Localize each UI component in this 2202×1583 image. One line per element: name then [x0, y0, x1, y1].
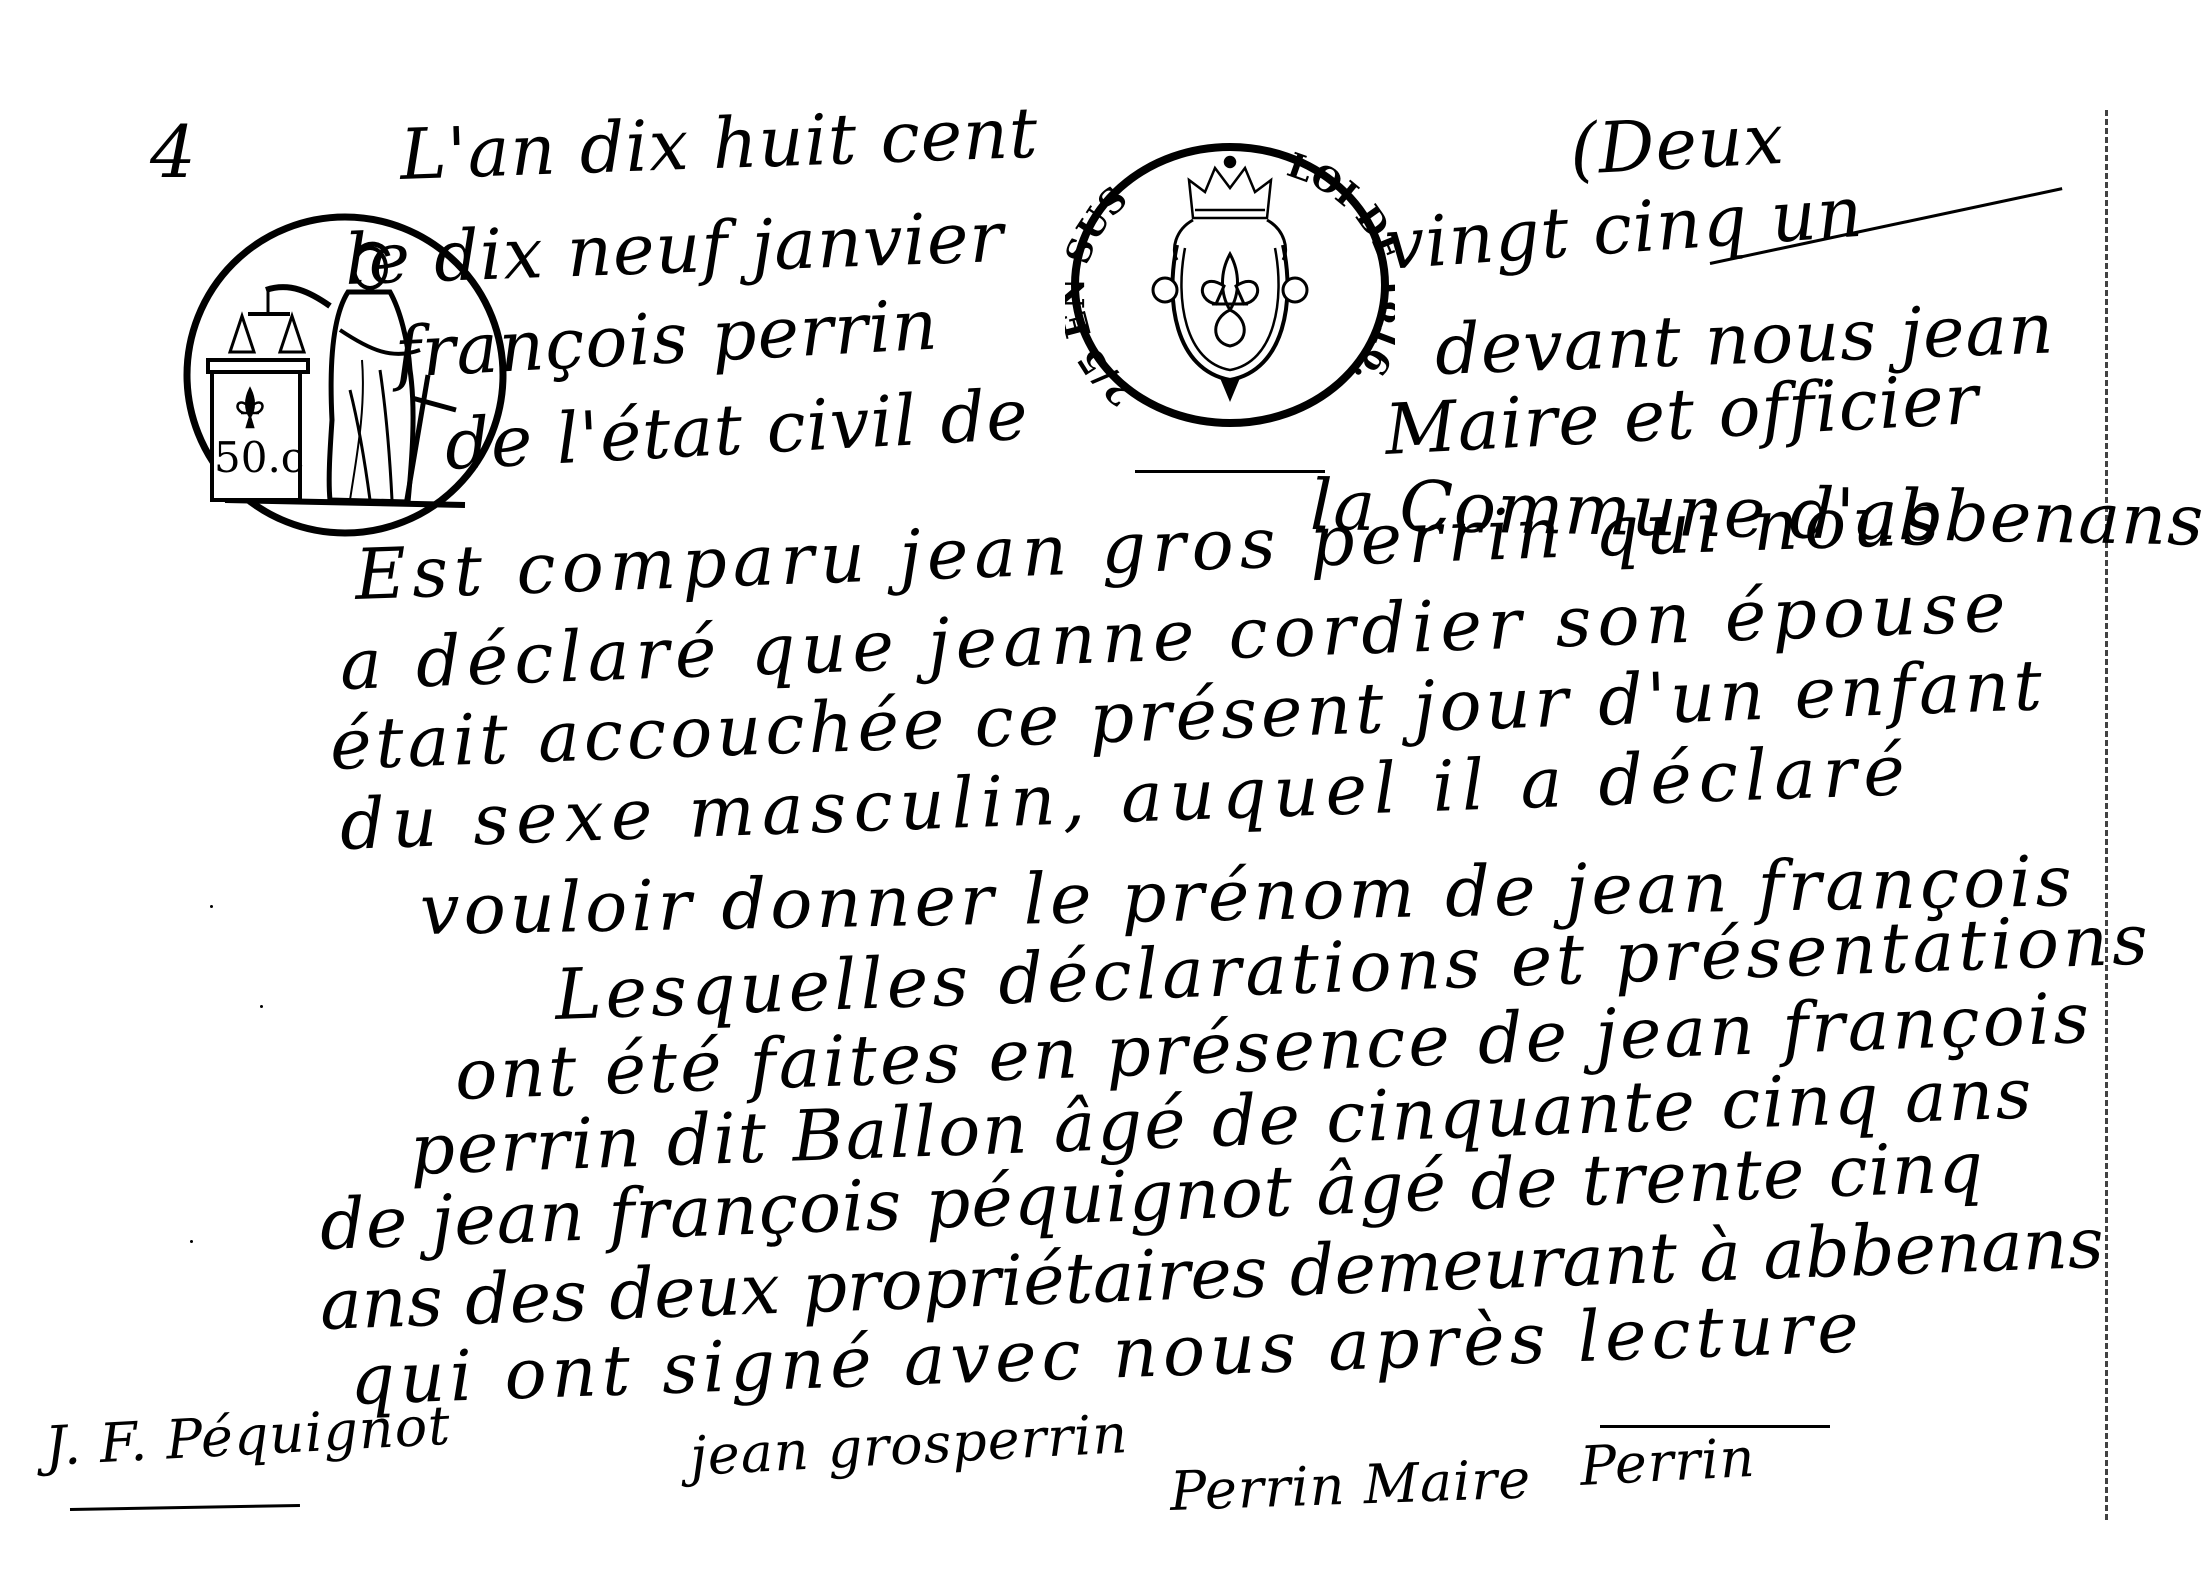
document-page: 4 50.c [0, 0, 2202, 1583]
signature-overline-4 [1600, 1425, 1830, 1428]
signature-perrin: Perrin [1579, 1431, 1757, 1494]
right-margin-line [2105, 110, 2108, 1520]
stamp-value-label: 50.c [214, 433, 304, 482]
signature-pequignot: J. F. Péquignot [44, 1399, 452, 1474]
text-line-1a: L'an dix huit cent [399, 98, 1040, 190]
signature-grosperrin: jean grosperrin [689, 1407, 1130, 1484]
filler-line-4 [1135, 470, 1325, 473]
text-line-1b: (Deux [1568, 104, 1786, 185]
page-number: 4 [150, 110, 196, 194]
text-line-4a: de l'état civil de [443, 379, 1030, 479]
signature-underline-1 [70, 1504, 300, 1511]
speck [260, 1005, 263, 1008]
loi-1816-stamp-icon: 2/5 EN SUS LOI DE 1816. [1065, 140, 1395, 430]
text-line-2b: vingt cinq un [1383, 177, 1866, 280]
speck [210, 905, 213, 908]
speck [190, 1240, 193, 1243]
text-line-2a: le dix neuf janvier [344, 202, 1005, 295]
signature-perrin-maire: Perrin Maire [1169, 1452, 1532, 1519]
